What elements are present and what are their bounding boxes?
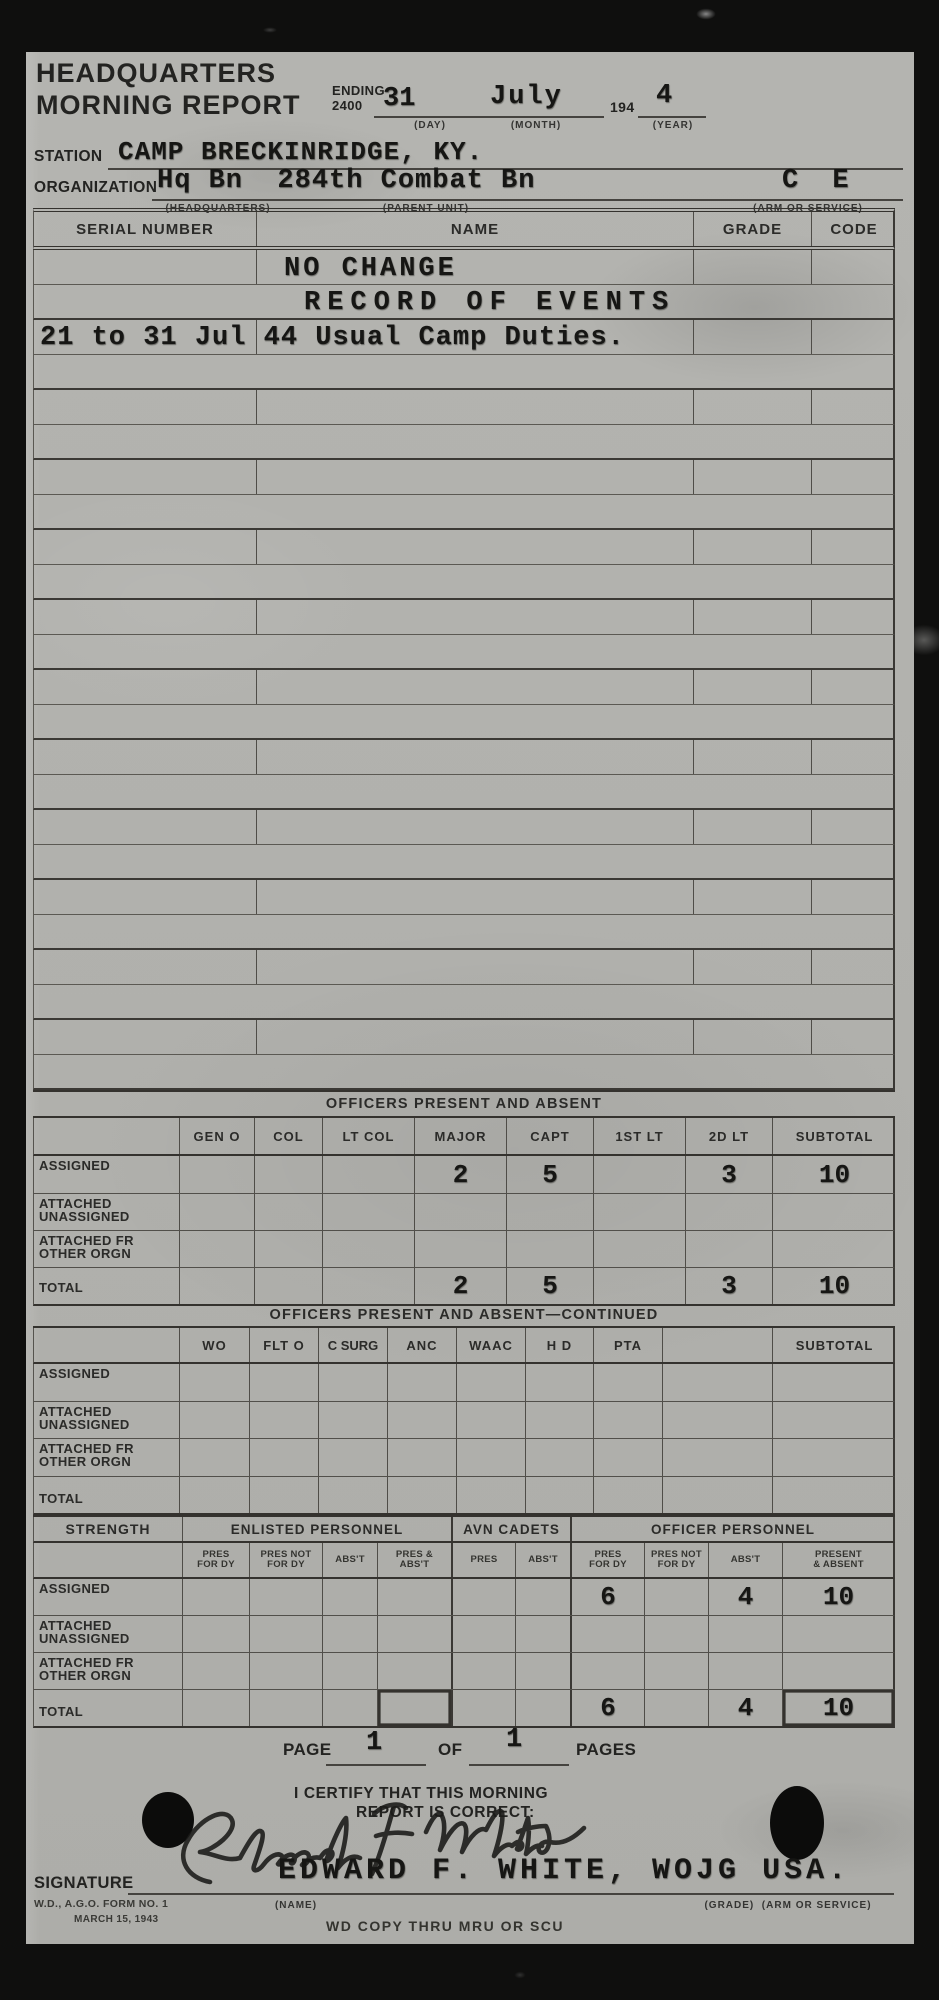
col-col: COL [254,1118,322,1154]
roster-row-record-of-events: RECORD OF EVENTS [33,285,895,320]
subcol-off-abst: ABS'T [708,1543,782,1577]
signature-typed-name: EDWARD F. WHITE, WOJG USA. [278,1854,850,1888]
of-label: OF [438,1740,462,1760]
roster-empty-row [33,810,895,845]
col-1st-lt: 1ST LT [593,1118,685,1154]
punch-hole-right [770,1786,824,1860]
col-blank [662,1328,772,1362]
roster-empty-row [33,460,895,495]
pages-label: PAGES [576,1740,636,1760]
station-field: CAMP BRECKINRIDGE, KY. [118,137,483,167]
officers-table-title: OFFICERS PRESENT AND ABSENT [33,1092,895,1118]
officers-table: OFFICERS PRESENT AND ABSENT GEN O COL LT… [33,1090,895,1306]
roster-empty-row [33,845,895,880]
year-prefix: 194 [610,99,635,115]
col-subtotal: SUBTOTAL [772,1328,896,1362]
subcol-avn-pres: PRES [451,1543,515,1577]
row-label: ATTACHED UNASSIGNED [34,1616,182,1652]
column-header-serial-number: SERIAL NUMBER [34,212,256,246]
arm-service-field: C E [782,166,858,196]
roster-empty-row [33,495,895,530]
roster-empty-row [33,530,895,565]
corner-cell [34,1118,179,1154]
form-title-line1: HEADQUARTERS [36,58,276,89]
strength-subheader-row: PRES FOR DY PRES NOT FOR DY ABS'T PRES &… [33,1543,895,1579]
strength-row-attached-unassigned: ATTACHED UNASSIGNED [33,1616,895,1653]
organization-label: ORGANIZATION [34,179,157,197]
col-c-surg: C SURG [318,1328,387,1362]
form-number-line2: MARCH 15, 1943 [74,1914,159,1925]
day-field: 31 [383,84,415,114]
wd-copy-note: WD COPY THRU MRU OR SCU [326,1918,564,1934]
subcol-avn-abst: ABS'T [515,1543,570,1577]
row-label: ASSIGNED [34,1364,179,1401]
strength-row-total: TOTAL 6 4 10 [33,1690,895,1728]
col-h-d: H D [525,1328,593,1362]
strength-corner-label: STRENGTH [34,1517,182,1541]
name-caption: (NAME) [275,1900,317,1911]
roster-empty-row [33,775,895,810]
subcol-ep-pres-for-dy: PRES FOR DY [182,1543,249,1577]
month-underline [466,116,604,118]
officers-row-attached-fr: ATTACHED FR OTHER ORGN [33,1231,895,1268]
officers-table-continued: OFFICERS PRESENT AND ABSENT—CONTINUED WO… [33,1304,895,1515]
roster-empty-row [33,950,895,985]
ending-value: 2400 [332,98,363,113]
col-pta: PTA [593,1328,662,1362]
subcol-ep-pres-abst: PRES & ABS'T [377,1543,451,1577]
column-header-grade: GRADE [693,212,811,246]
roster-empty-row [33,635,895,670]
col-waac: WAAC [456,1328,525,1362]
roster-empty-row [33,390,895,425]
col-flt-o: FLT O [249,1328,318,1362]
no-change-entry: NO CHANGE [284,254,457,284]
morning-report-form: HEADQUARTERS MORNING REPORT ENDING 2400 … [26,52,914,1944]
corner-cell [34,1543,182,1577]
col-subtotal: SUBTOTAL [772,1118,896,1154]
station-label: STATION [34,148,103,166]
officers-continued-row-attached-fr: ATTACHED FR OTHER ORGN [33,1439,895,1477]
roster-empty-row [33,1020,895,1055]
row-label: TOTAL [34,1690,182,1726]
col-capt: CAPT [506,1118,593,1154]
strength-row-assigned: ASSIGNED 6 4 10 [33,1579,895,1616]
row-label: TOTAL [34,1477,179,1513]
row-label: ATTACHED FR OTHER ORGN [34,1439,179,1476]
subcol-present-absent: PRESENT & ABSENT [782,1543,894,1577]
roster-row-no-change: NO CHANGE [33,250,895,285]
subcol-off-pres-for-dy: PRES FOR DY [570,1543,644,1577]
row-label: ATTACHED FR OTHER ORGN [34,1653,182,1689]
row-label: ATTACHED FR OTHER ORGN [34,1231,179,1267]
roster-empty-row [33,670,895,705]
page-underline [326,1764,426,1766]
officers-continued-title: OFFICERS PRESENT AND ABSENT—CONTINUED [33,1304,895,1328]
organization-field: Hq Bn 284th Combat Bn [157,166,535,196]
form-title-line2: MORNING REPORT [36,90,301,121]
form-number-line1: W.D., A.G.O. FORM NO. 1 [34,1898,168,1910]
strength-group-header-row: STRENGTH ENLISTED PERSONNEL AVN CADETS O… [33,1517,895,1543]
roster-table: SERIAL NUMBER NAME GRADE CODE NO CHANGE … [33,208,895,1090]
officers-row-total: TOTAL 2 5 3 10 [33,1268,895,1306]
strength-table: STRENGTH ENLISTED PERSONNEL AVN CADETS O… [33,1515,895,1728]
year-underline [638,116,706,118]
roster-empty-row [33,880,895,915]
roster-header-row: SERIAL NUMBER NAME GRADE CODE [33,208,895,250]
col-anc: ANC [387,1328,456,1362]
organization-underline [152,199,903,201]
column-header-code: CODE [811,212,896,246]
strength-row-attached-fr: ATTACHED FR OTHER ORGN [33,1653,895,1690]
officers-header-row: GEN O COL LT COL MAJOR CAPT 1ST LT 2D LT… [33,1118,895,1156]
roster-row-events: 21 to 31 Jul 44 Usual Camp Duties. [33,320,895,355]
pages-underline [469,1764,569,1766]
roster-empty-row [33,1055,895,1090]
row-label: ATTACHED UNASSIGNED [34,1402,179,1438]
group-officer-personnel: OFFICER PERSONNEL [570,1517,894,1541]
roster-empty-row [33,705,895,740]
officers-continued-row-attached-unassigned: ATTACHED UNASSIGNED [33,1402,895,1439]
roster-empty-rows [33,355,895,1090]
officers-row-assigned: ASSIGNED 2 5 3 10 [33,1156,895,1194]
signature-underline [128,1893,894,1895]
officers-row-attached-unassigned: ATTACHED UNASSIGNED [33,1194,895,1231]
corner-cell [34,1328,179,1362]
roster-empty-row [33,600,895,635]
page-label: PAGE [283,1740,332,1760]
group-enlisted-personnel: ENLISTED PERSONNEL [182,1517,451,1541]
roster-empty-row [33,355,895,390]
year-caption: (YEAR) [653,120,693,131]
page-number: 1 [366,1728,382,1758]
col-wo: WO [179,1328,249,1362]
officers-continued-header-row: WO FLT O C SURG ANC WAAC H D PTA SUBTOTA… [33,1328,895,1364]
column-header-name: NAME [256,212,693,246]
col-gen-o: GEN O [179,1118,254,1154]
month-field: July [490,82,563,112]
month-caption: (MONTH) [511,120,561,131]
grade-arm-caption: (GRADE) (ARM OR SERVICE) [704,1900,871,1911]
roster-empty-row [33,740,895,775]
roster-empty-row [33,425,895,460]
officers-continued-row-assigned: ASSIGNED [33,1364,895,1402]
pages-total: 1 [506,1725,522,1755]
signature-label: SIGNATURE [34,1874,134,1893]
events-entry: 21 to 31 Jul 44 Usual Camp Duties. [40,323,625,353]
day-caption: (DAY) [414,120,446,131]
col-lt-col: LT COL [322,1118,414,1154]
record-of-events-heading: RECORD OF EVENTS [304,288,675,318]
subcol-off-pres-not-for-dy: PRES NOT FOR DY [644,1543,708,1577]
subcol-ep-abst: ABS'T [322,1543,377,1577]
subcol-ep-pres-not-for-dy: PRES NOT FOR DY [249,1543,322,1577]
roster-empty-row [33,565,895,600]
year-field: 4 [656,81,672,111]
roster-empty-row [33,985,895,1020]
group-avn-cadets: AVN CADETS [451,1517,570,1541]
col-major: MAJOR [414,1118,506,1154]
row-label: ATTACHED UNASSIGNED [34,1194,179,1230]
row-label: TOTAL [34,1268,179,1304]
officers-continued-row-total: TOTAL [33,1477,895,1515]
row-label: ASSIGNED [34,1579,182,1615]
row-label: ASSIGNED [34,1156,179,1193]
ending-label: ENDING [332,83,385,98]
col-2d-lt: 2D LT [685,1118,772,1154]
roster-empty-row [33,915,895,950]
